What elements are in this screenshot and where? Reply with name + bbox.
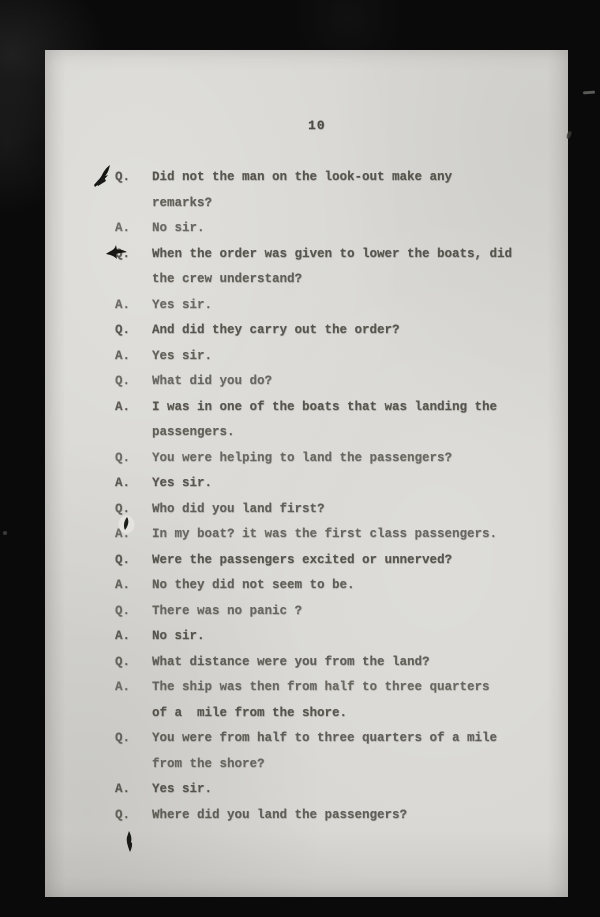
- qa-speaker-label: A.: [115, 476, 130, 490]
- qa-line-text: No sir.: [152, 221, 205, 235]
- qa-row: Q. You were from half to three quarters …: [45, 729, 568, 755]
- qa-speaker-label: A.: [115, 349, 130, 363]
- qa-row: of a mile from the shore.: [45, 704, 568, 730]
- qa-row: A. I was in one of the boats that was la…: [45, 398, 568, 424]
- qa-speaker-label: Q.: [115, 604, 130, 618]
- qa-row: A. Yes sir.: [45, 296, 568, 322]
- qa-line-text: The ship was then from half to three qua…: [152, 680, 490, 694]
- qa-row: A. The ship was then from half to three …: [45, 678, 568, 704]
- qa-speaker-label: A.: [115, 629, 130, 643]
- qa-line-text: You were helping to land the passengers?: [152, 451, 452, 465]
- qa-row: Q. And did they carry out the order?: [45, 321, 568, 347]
- qa-line-text: When the order was given to lower the bo…: [152, 247, 512, 261]
- ink-dot-icon: [124, 830, 135, 854]
- qa-line-text: of a mile from the shore.: [152, 706, 347, 720]
- qa-row: Q. There was no panic ?: [45, 602, 568, 628]
- qa-line-text: Where did you land the passengers?: [152, 808, 407, 822]
- page-number: 10: [308, 118, 326, 133]
- qa-speaker-label: Q.: [115, 451, 130, 465]
- qa-line-text: Were the passengers excited or unnerved?: [152, 553, 452, 567]
- paper-sheet: 10 Q. Did not the man on the look-out ma…: [45, 50, 568, 897]
- qa-line-text: In my boat? it was the first class passe…: [152, 527, 497, 541]
- qa-row: A. Yes sir.: [45, 474, 568, 500]
- qa-row: A. Yes sir.: [45, 780, 568, 806]
- qa-line-text: Yes sir.: [152, 782, 212, 796]
- qa-speaker-label: Q.: [115, 655, 130, 669]
- qa-row: Q. What distance were you from the land?: [45, 653, 568, 679]
- qa-line-text: What did you do?: [152, 374, 272, 388]
- qa-speaker-label: A.: [115, 298, 130, 312]
- qa-row: Q. What did you do?: [45, 372, 568, 398]
- qa-row: Q. Were the passengers excited or unnerv…: [45, 551, 568, 577]
- qa-line-text: Did not the man on the look-out make any: [152, 170, 452, 184]
- film-scratch: [583, 91, 595, 95]
- qa-speaker-label: A.: [115, 400, 130, 414]
- ink-blot-icon: [104, 239, 128, 261]
- qa-line-text: the crew understand?: [152, 272, 302, 286]
- qa-row: Q. Where did you land the passengers?: [45, 806, 568, 832]
- transcript-body: Q. Did not the man on the look-out make …: [45, 168, 568, 831]
- qa-line-text: Yes sir.: [152, 349, 212, 363]
- qa-line-text: You were from half to three quarters of …: [152, 731, 497, 745]
- qa-speaker-label: A.: [115, 680, 130, 694]
- paper-speck: [566, 131, 572, 140]
- qa-row: from the shore?: [45, 755, 568, 781]
- qa-line-text: Yes sir.: [152, 298, 212, 312]
- qa-row: Q. You were helping to land the passenge…: [45, 449, 568, 475]
- qa-speaker-label: A.: [115, 782, 130, 796]
- qa-row: A. No sir.: [45, 627, 568, 653]
- qa-speaker-label: Q.: [115, 170, 130, 184]
- qa-line-text: Yes sir.: [152, 476, 212, 490]
- film-speck: [3, 531, 7, 535]
- qa-line-text: remarks?: [152, 196, 212, 210]
- qa-speaker-label: Q.: [115, 323, 130, 337]
- qa-line-text: I was in one of the boats that was landi…: [152, 400, 497, 414]
- qa-speaker-label: Q.: [115, 553, 130, 567]
- qa-speaker-label: A.: [115, 578, 130, 592]
- qa-line-text: No they did not seem to be.: [152, 578, 355, 592]
- qa-speaker-label: Q.: [115, 374, 130, 388]
- ink-dot-icon: [118, 514, 135, 535]
- qa-speaker-label: Q.: [115, 731, 130, 745]
- scanned-document-page: 10 Q. Did not the man on the look-out ma…: [0, 0, 600, 917]
- qa-line-text: What distance were you from the land?: [152, 655, 430, 669]
- qa-row: passengers.: [45, 423, 568, 449]
- qa-row: Q. Did not the man on the look-out make …: [45, 168, 568, 194]
- qa-speaker-label: Q.: [115, 808, 130, 822]
- qa-line-text: There was no panic ?: [152, 604, 302, 618]
- ink-blot-icon: [92, 163, 113, 189]
- qa-row: A. Yes sir.: [45, 347, 568, 373]
- qa-row: the crew understand?: [45, 270, 568, 296]
- qa-line-text: No sir.: [152, 629, 205, 643]
- qa-line-text: Who did you land first?: [152, 502, 325, 516]
- qa-row: remarks?: [45, 194, 568, 220]
- qa-line-text: And did they carry out the order?: [152, 323, 400, 337]
- qa-line-text: from the shore?: [152, 757, 265, 771]
- qa-row: A. No they did not seem to be.: [45, 576, 568, 602]
- qa-line-text: passengers.: [152, 425, 235, 439]
- qa-speaker-label: A.: [115, 221, 130, 235]
